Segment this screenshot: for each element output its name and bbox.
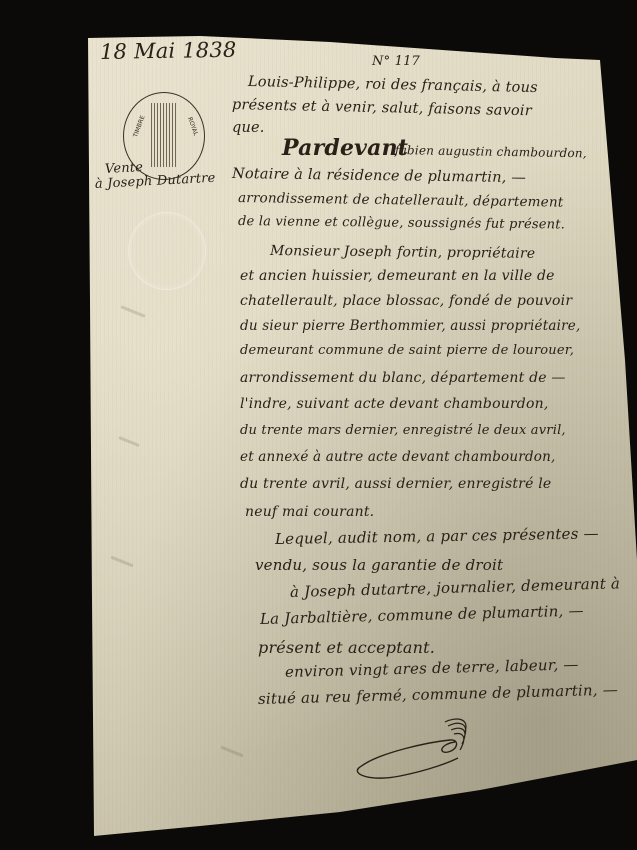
text-line: que. <box>232 120 265 136</box>
text-line: l'indre, suivant acte devant chambourdon… <box>240 396 548 412</box>
stamp-text-right: ROYAL <box>186 116 199 136</box>
text-line: du trente mars dernier, enregistré le de… <box>240 423 566 438</box>
stamp-figure-icon <box>151 103 177 167</box>
text-line: du sieur pierre Berthommier, aussi propr… <box>240 318 580 334</box>
text-line: du trente avril, aussi dernier, enregist… <box>240 476 551 492</box>
deed-number: N° 117 <box>372 54 420 69</box>
stamp-text-left: TIMBRE <box>132 115 146 139</box>
embossed-seal <box>128 212 206 290</box>
signature-flourish-icon <box>340 712 480 782</box>
text-line: neuf mai courant. <box>245 504 374 520</box>
text-line: et ancien huissier, demeurant en la vill… <box>240 268 555 284</box>
text-line: et annexé à autre acte devant chambourdo… <box>240 449 555 465</box>
text-line: vendu, sous la garantie de droit <box>255 556 503 574</box>
text-line: Monsieur Joseph fortin, propriétaire <box>270 243 535 262</box>
text-line: arrondissement du blanc, département de … <box>240 370 566 386</box>
date-header: 18 Mai 1838 <box>100 38 237 64</box>
text-line: présent et acceptant. <box>258 638 435 657</box>
pardevant-heading: Pardevant <box>282 135 408 161</box>
text-line: demeurant commune de saint pierre de lou… <box>240 343 574 358</box>
text-line: chatellerault, place blossac, fondé de p… <box>240 293 572 309</box>
